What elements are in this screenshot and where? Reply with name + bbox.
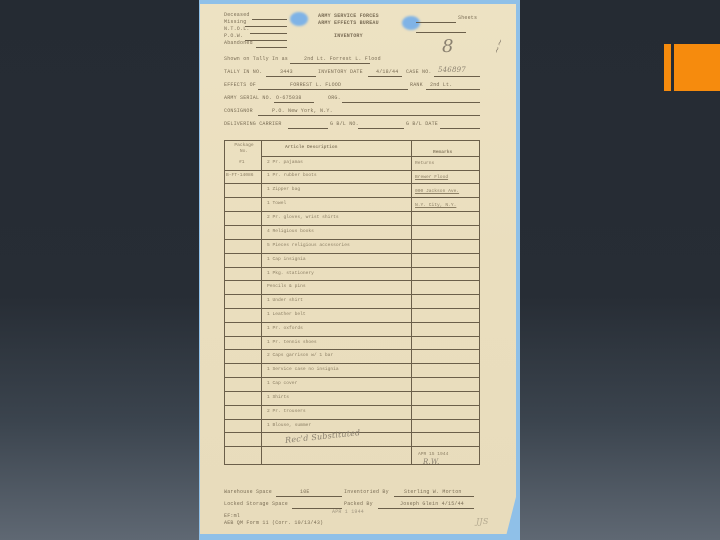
article-cell: 2 Caps garrison w/ 1 bar [267, 354, 333, 359]
inventory-date-label: INVENTORY DATE [318, 70, 363, 75]
row-divider [225, 253, 479, 254]
article-cell: 1 Leather belt [267, 313, 306, 318]
consignor-label: CONSIGNOR [224, 109, 253, 114]
army-serial-label: ARMY SERIAL NO. [224, 96, 272, 101]
article-cell: 1 Service case no insignia [267, 368, 339, 373]
row-divider [225, 239, 479, 240]
stamp-initials: R.W. [423, 459, 440, 466]
accent-bar-block [674, 44, 720, 91]
form-code-line-1: EF:ml [224, 514, 240, 519]
row-divider [225, 170, 479, 171]
packed-by-label: Packed By [344, 502, 373, 507]
underline [290, 63, 370, 64]
slide: Deceased Missing N.T.O.L. P.O.W. Abandon… [0, 0, 720, 540]
row-divider [225, 322, 479, 323]
form-code-line-2: AEB QM Form 11 (Corr. 10/13/43) [224, 521, 323, 526]
remarks-cell: Brewer Flood [415, 176, 448, 181]
underline [288, 128, 328, 129]
column-divider [261, 141, 262, 464]
tally-in-no-value: 3443 [280, 70, 293, 75]
article-cell: 1 Zipper bag [267, 188, 300, 193]
army-serial-value: O-675038 [276, 96, 302, 101]
shown-on-tally-value: 2nd Lt. Forrest L. Flood [304, 57, 381, 62]
packed-by-value: Joseph Glein 4/15/44 [400, 502, 464, 507]
article-cell: 1 Pr. oxfords [267, 327, 303, 332]
article-cell: 2 Pr. pajamas [267, 161, 303, 166]
underline [368, 76, 402, 77]
article-cell: 2 Pr. gloves, wrist shirts [267, 216, 339, 221]
agency-line-2: ARMY EFFECTS BUREAU [318, 21, 379, 26]
column-divider [411, 141, 412, 464]
row-divider [225, 336, 479, 337]
handwritten-mark: 8 [442, 38, 454, 56]
accent-bar-thin [664, 44, 671, 91]
redaction-blob [290, 12, 308, 26]
article-cell: 1 Pr. tennis shoes [267, 341, 317, 346]
row-divider [225, 294, 479, 295]
article-cell: 1 Blouse, summer [267, 424, 311, 429]
warehouse-space-value: 10E [300, 490, 310, 495]
agency-line-1: ARMY SERVICE FORCES [318, 14, 379, 19]
locked-storage-label: Locked Storage Space [224, 502, 288, 507]
underline [426, 89, 480, 90]
row-divider [225, 308, 479, 309]
status-label-abandoned: Abandoned [224, 41, 253, 46]
row-divider [225, 183, 479, 184]
package-cell: B-FT-14086 [226, 174, 254, 179]
underline [266, 76, 316, 77]
article-cell: 1 Pkg. stationery [267, 272, 314, 277]
effects-of-value: FORREST L. FLOOD [290, 83, 341, 88]
underline [250, 33, 287, 34]
underline [440, 128, 480, 129]
row-divider [225, 377, 479, 378]
underline [342, 102, 480, 103]
underline [252, 19, 287, 20]
underline [434, 76, 480, 77]
row-divider [225, 280, 479, 281]
consignor-value: P.O. New York, N.Y. [272, 109, 333, 114]
row-divider [225, 211, 479, 212]
rank-value: 2nd Lt. [430, 83, 452, 88]
remarks-cell: N.Y. City, N.Y. [415, 204, 456, 209]
article-cell: 1 Under shirt [267, 299, 303, 304]
inventory-table: Package No. Article Description Remarks [224, 140, 480, 465]
bl-date-label: G B/L DATE [406, 122, 438, 127]
underline [416, 22, 456, 23]
org-label: ORG. [328, 96, 341, 101]
case-no-value: 546897 [438, 67, 466, 74]
underline [256, 47, 287, 48]
article-cell: 5 Pieces religious accessories [267, 244, 350, 249]
inventoried-by-value: Sterling W. Morton [404, 490, 462, 495]
warehouse-space-label: Warehouse Space [224, 490, 272, 495]
underline [274, 102, 314, 103]
inventory-date-value: 4/18/44 [376, 70, 398, 75]
article-cell: 1 Towel [267, 202, 286, 207]
row-divider [225, 225, 479, 226]
shown-on-tally-label: Shown on Tally In as [224, 57, 288, 62]
inventory-document: Deceased Missing N.T.O.L. P.O.W. Abandon… [200, 4, 516, 534]
handwritten-scribble: ~~ [493, 38, 507, 56]
remarks-cell: 000 Jackson Ave. [415, 190, 459, 195]
article-cell: 1 Shirts [267, 396, 289, 401]
redaction-blob [402, 16, 420, 30]
status-label-pow: P.O.W. [224, 34, 243, 39]
header-package-no: Package No. [229, 143, 259, 155]
delivering-carrier-label: DELIVERING CARRIER [224, 122, 282, 127]
article-cell: 4 Religious books [267, 230, 314, 235]
rank-label: RANK [410, 83, 423, 88]
underline [416, 32, 466, 33]
row-divider [225, 446, 479, 447]
underline [394, 496, 474, 497]
article-cell: 2 Pr. trousers [267, 410, 306, 415]
row-divider [225, 363, 479, 364]
status-label-ntol: N.T.O.L. [224, 27, 250, 32]
remarks-cell: Returns [415, 162, 434, 167]
row-divider [225, 349, 479, 350]
row-divider [225, 197, 479, 198]
form-title: INVENTORY [334, 34, 363, 39]
article-cell: 1 Pr. rubber boots [267, 174, 317, 179]
underline [258, 89, 408, 90]
header-remarks: Remarks [433, 151, 452, 156]
row-divider [261, 156, 479, 157]
underline [378, 508, 474, 509]
row-divider [225, 405, 479, 406]
bl-no-label: G B/L NO. [330, 122, 359, 127]
article-cell: 1 Cap cover [267, 382, 297, 387]
article-cell: Pencils & pins [267, 285, 306, 290]
article-cell: 1 Cap insignia [267, 258, 306, 263]
effects-of-label: EFFECTS OF [224, 83, 256, 88]
package-cell: #1 [239, 161, 245, 166]
sheets-label: Sheets [458, 16, 477, 21]
underline [276, 496, 342, 497]
inventoried-by-label: Inventoried By [344, 490, 389, 495]
status-label-deceased: Deceased [224, 13, 250, 18]
header-article-description: Article Description [285, 146, 337, 151]
status-label-missing: Missing [224, 20, 246, 25]
date-stamp: APR 1 1944 [332, 510, 364, 515]
underline [258, 115, 480, 116]
row-divider [225, 267, 479, 268]
row-divider [225, 391, 479, 392]
received-stamp: APR 15 1944 [418, 453, 448, 458]
row-divider [225, 419, 479, 420]
corner-mark: JJS [476, 518, 489, 526]
tally-in-no-label: TALLY IN NO. [224, 70, 262, 75]
underline [358, 128, 404, 129]
underline [245, 26, 287, 27]
case-no-label: CASE NO. [406, 70, 432, 75]
